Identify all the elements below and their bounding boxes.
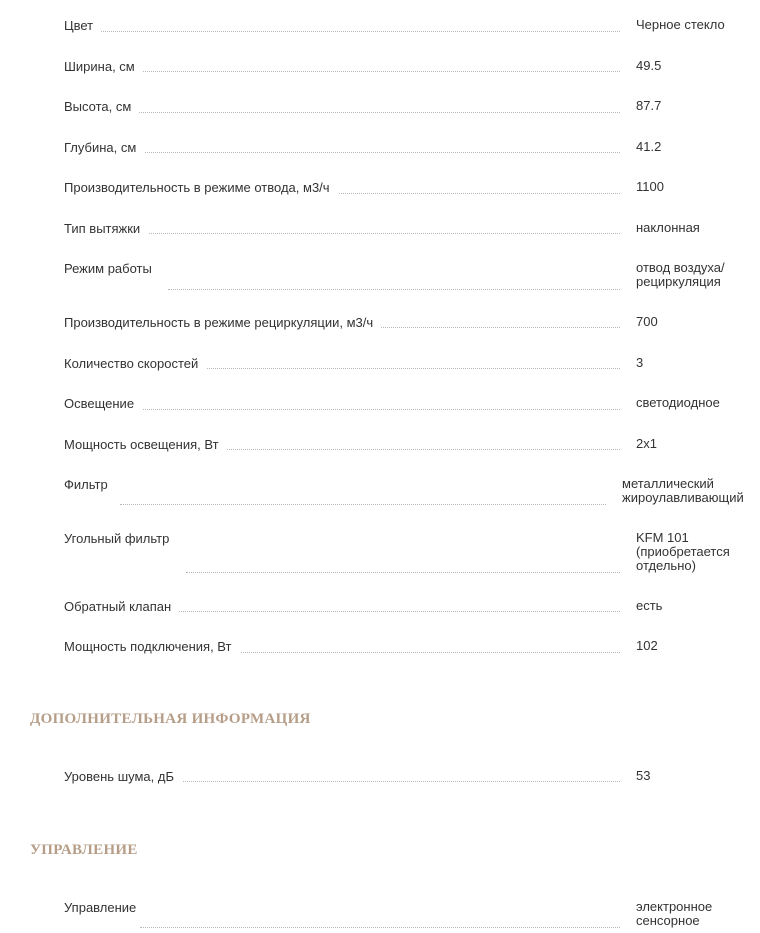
dotted-leader	[140, 927, 620, 928]
spec-value: есть	[636, 599, 662, 613]
dotted-leader	[64, 112, 620, 113]
spec-label: Освещение	[64, 396, 142, 411]
spec-label: Производительность в режиме отвода, м3/ч	[64, 180, 338, 195]
spec-value: отвод воздуха/ рециркуляция	[636, 261, 725, 289]
spec-label: Мощность подключения, Вт	[64, 639, 240, 654]
spec-value: 700	[636, 315, 658, 329]
spec-value: электронное сенсорное	[636, 900, 712, 928]
spec-label: Уровень шума, дБ	[64, 769, 182, 784]
spec-label: Управление	[64, 900, 144, 915]
spec-value: 49.5	[636, 59, 661, 73]
dotted-leader	[64, 31, 620, 32]
spec-value: 3	[636, 356, 643, 370]
dotted-leader	[64, 152, 620, 153]
spec-label: Цвет	[64, 18, 101, 33]
spec-value: Черное стекло	[636, 18, 725, 32]
spec-label: Глубина, см	[64, 140, 144, 155]
spec-value: наклонная	[636, 221, 700, 235]
spec-value: 87.7	[636, 99, 661, 113]
dotted-leader	[120, 504, 606, 505]
spec-value: 41.2	[636, 140, 661, 154]
section-heading-control: Управление	[30, 842, 138, 859]
spec-label: Высота, см	[64, 99, 139, 114]
spec-label: Угольный фильтр	[64, 531, 177, 546]
spec-value: 1100	[636, 180, 664, 194]
spec-label: Режим работы	[64, 261, 160, 276]
dotted-leader	[64, 409, 620, 410]
spec-value: KFM 101 (приобретается отдельно)	[636, 531, 730, 573]
dotted-leader	[186, 572, 620, 573]
spec-label: Обратный клапан	[64, 599, 179, 614]
spec-label: Фильтр	[64, 477, 116, 492]
section-heading-additional-info: Дополнительная информация	[30, 711, 311, 728]
dotted-leader	[64, 71, 620, 72]
spec-label: Ширина, см	[64, 59, 143, 74]
spec-value: 102	[636, 639, 658, 653]
spec-value: 2x1	[636, 437, 657, 451]
spec-label: Тип вытяжки	[64, 221, 148, 236]
dotted-leader	[168, 289, 620, 290]
spec-value: металлический жироулавливающий	[622, 477, 744, 505]
spec-label: Количество скоростей	[64, 356, 206, 371]
spec-value: светодиодное	[636, 396, 720, 410]
spec-value: 53	[636, 769, 650, 783]
spec-label: Производительность в режиме рециркуляции…	[64, 315, 381, 330]
spec-label: Мощность освещения, Вт	[64, 437, 227, 452]
